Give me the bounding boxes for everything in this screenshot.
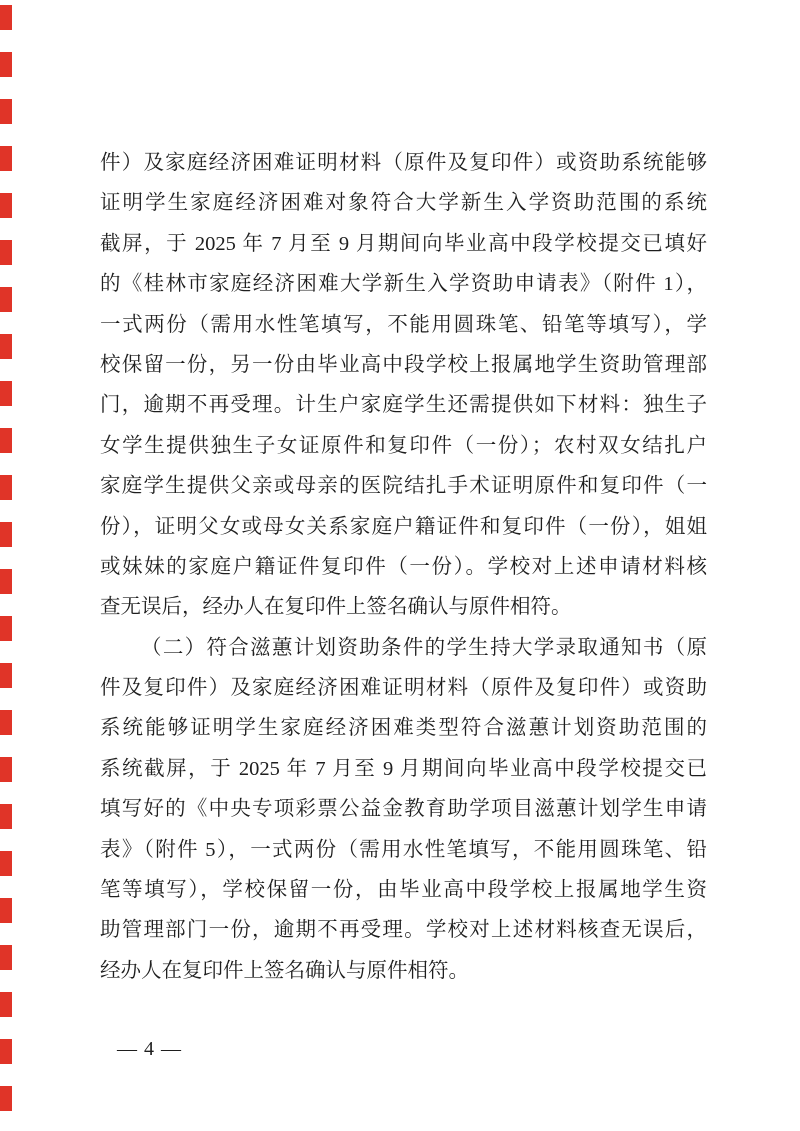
- text-line: 一式两份（需用水性笔填写，不能用圆珠笔、铅笔等填写），学: [100, 305, 707, 345]
- text-line: 家庭学生提供父亲或母亲的医院结扎手术证明原件和复印件（一: [100, 466, 707, 506]
- text-line: 助管理部门一份，逾期不再受理。学校对上述材料核查无误后，: [100, 910, 707, 950]
- text-line: 截屏，于 2025 年 7 月至 9 月期间向毕业高中段学校提交已填好: [100, 224, 707, 264]
- text-line: 的《桂林市家庭经济困难大学新生入学资助申请表》（附件 1），: [100, 264, 707, 304]
- text-line: （二）符合滋蕙计划资助条件的学生持大学录取通知书（原: [100, 628, 707, 668]
- text-line: 经办人在复印件上签名确认与原件相符。: [100, 951, 707, 991]
- text-line: 证明学生家庭经济困难对象符合大学新生入学资助范围的系统: [100, 183, 707, 223]
- page-number: — 4 —: [117, 1036, 182, 1062]
- text-line: 校保留一份，另一份由毕业高中段学校上报属地学生资助管理部: [100, 345, 707, 385]
- text-line: 系统截屏，于 2025 年 7 月至 9 月期间向毕业高中段学校提交已: [100, 749, 707, 789]
- document-page: 件）及家庭经济困难证明材料（原件及复印件）或资助系统能够证明学生家庭经济困难对象…: [0, 0, 800, 1131]
- text-line: 或妹妹的家庭户籍证件复印件（一份）。学校对上述申请材料核: [100, 547, 707, 587]
- text-line: 件及复印件）及家庭经济困难证明材料（原件及复印件）或资助: [100, 668, 707, 708]
- text-line: 份），证明父女或母女关系家庭户籍证件和复印件（一份），姐姐: [100, 507, 707, 547]
- text-line: 系统能够证明学生家庭经济困难类型符合滋蕙计划资助范围的: [100, 708, 707, 748]
- text-line: 门，逾期不再受理。计生户家庭学生还需提供如下材料：独生子: [100, 385, 707, 425]
- text-line: 填写好的《中央专项彩票公益金教育助学项目滋蕙计划学生申请: [100, 789, 707, 829]
- document-body: 件）及家庭经济困难证明材料（原件及复印件）或资助系统能够证明学生家庭经济困难对象…: [100, 143, 707, 991]
- red-edge-marks: [0, 5, 12, 1117]
- text-line: 笔等填写），学校保留一份，由毕业高中段学校上报属地学生资: [100, 870, 707, 910]
- text-line: 表》（附件 5），一式两份（需用水性笔填写，不能用圆珠笔、铅: [100, 830, 707, 870]
- text-line: 女学生提供独生子女证原件和复印件（一份）；农村双女结扎户: [100, 426, 707, 466]
- text-line: 件）及家庭经济困难证明材料（原件及复印件）或资助系统能够: [100, 143, 707, 183]
- text-line: 查无误后，经办人在复印件上签名确认与原件相符。: [100, 587, 707, 627]
